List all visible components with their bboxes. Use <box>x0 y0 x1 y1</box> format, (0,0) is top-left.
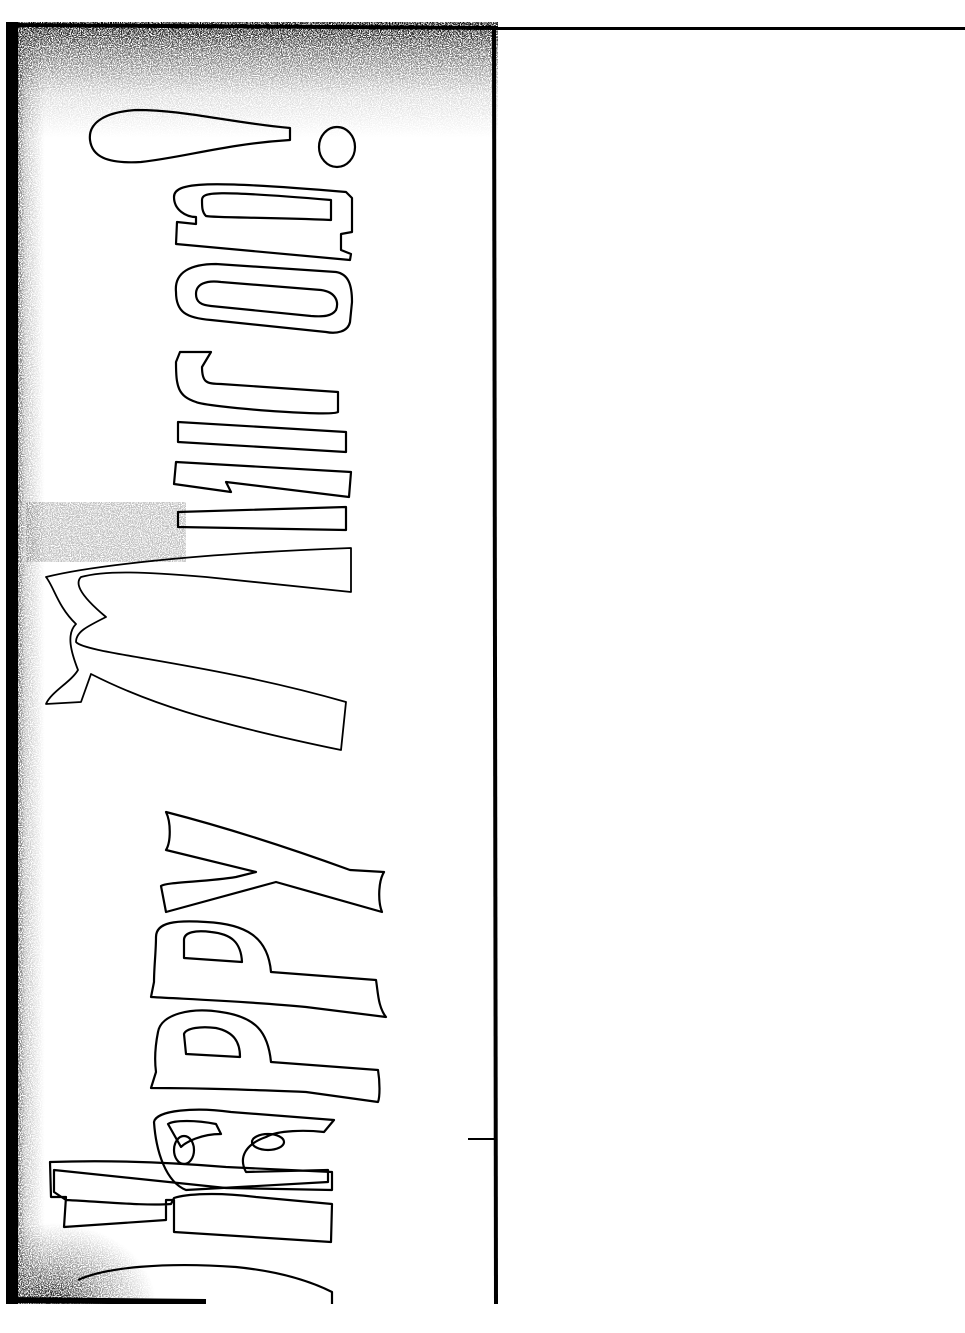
page-edge-rule <box>497 27 965 30</box>
cover-artwork <box>6 22 498 1304</box>
scan-noise <box>6 22 498 1304</box>
cover-panel: Happy Minicon! <box>6 22 498 1304</box>
scanned-page: Happy Minicon! <box>0 0 965 1333</box>
